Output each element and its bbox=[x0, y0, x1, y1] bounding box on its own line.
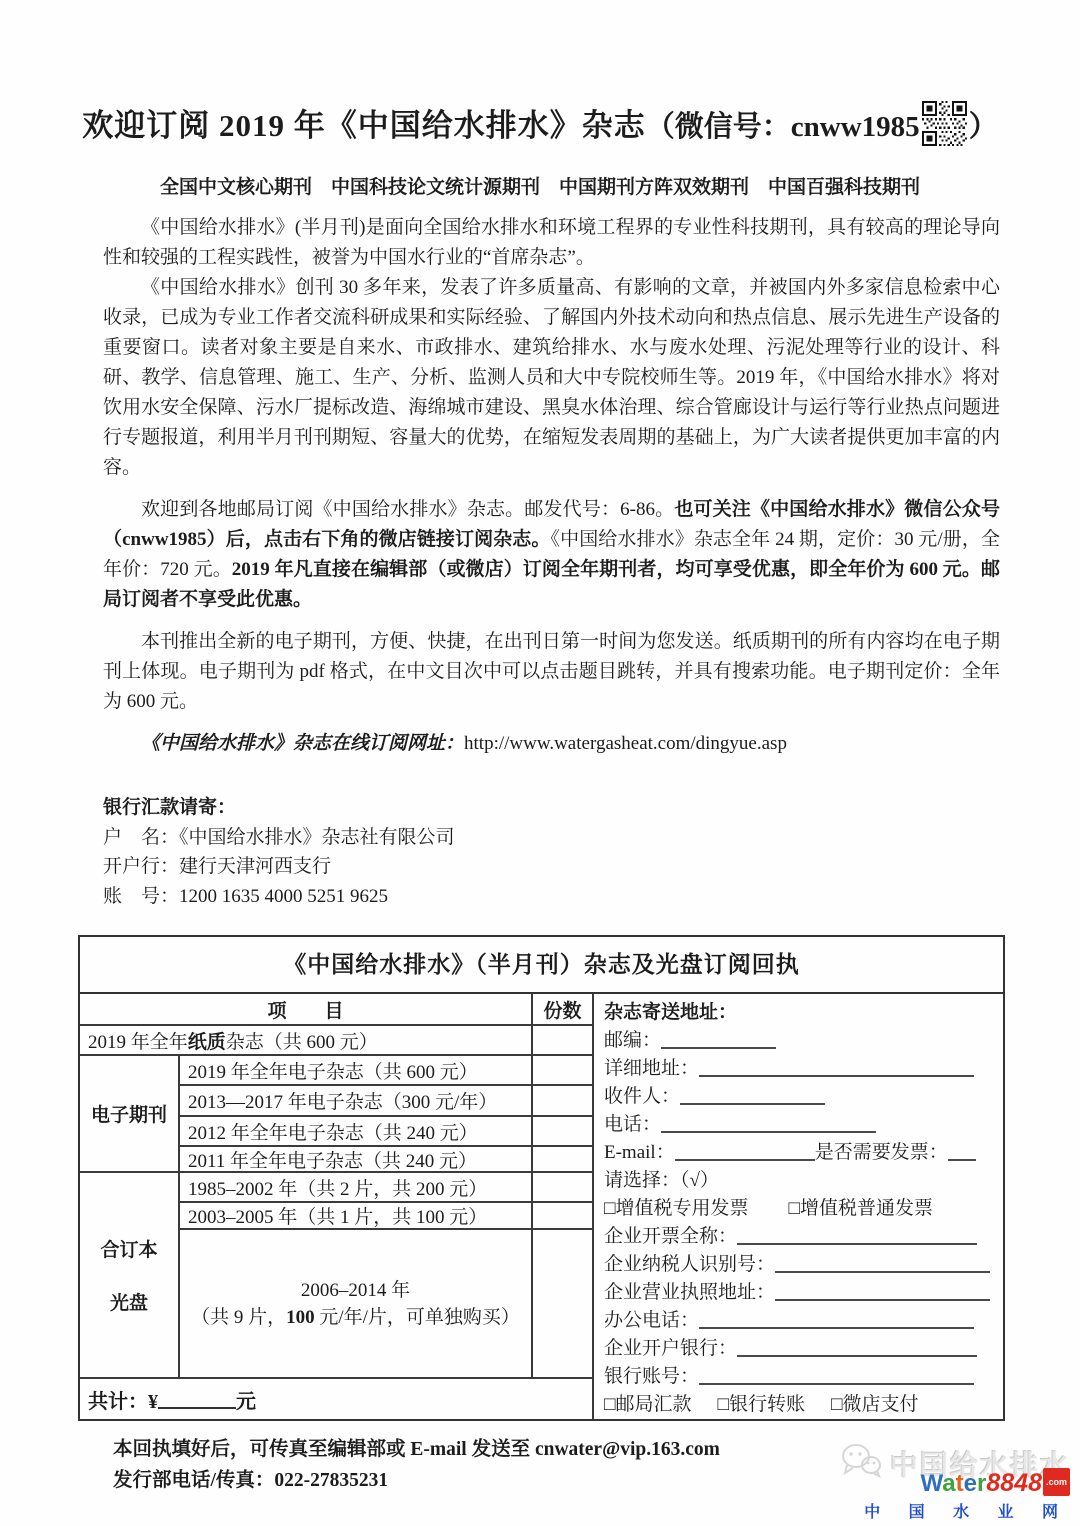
journal-honors-subtitle: 全国中文核心期刊 中国科技论文统计源期刊 中国期刊方阵双效期刊 中国百强科技期刊 bbox=[0, 172, 1080, 199]
paragraph-ejournal: 本刊推出全新的电子期刊，方便、快捷，在出刊日第一时间为您发送。纸质期刊的所有内容… bbox=[103, 627, 1000, 717]
pay-weshop-checkbox: □微店支付 bbox=[831, 1394, 918, 1415]
intro-text: 《中国给水排水》(半月刊)是面向全国给水排水和环境工程界的专业性科技期刊，具有较… bbox=[103, 213, 1000, 759]
column-header-item: 项 目 bbox=[80, 994, 531, 1024]
address-heading: 杂志寄送地址： bbox=[604, 999, 993, 1027]
total-row: 共计：¥元 bbox=[80, 1377, 592, 1419]
office-phone-field: 办公电话： bbox=[604, 1307, 993, 1335]
bank-account-number: 账 号：1200 1635 4000 5251 9625 bbox=[103, 882, 1000, 912]
choose-label: 请选择：（√） bbox=[604, 1167, 993, 1195]
form-title: 《中国给水排水》（半月刊）杂志及光盘订阅回执 bbox=[80, 937, 1003, 994]
copies-cell bbox=[531, 1201, 592, 1228]
title-main: 欢迎订阅 2019 年《中国给水排水》杂志 bbox=[82, 108, 646, 143]
qr-code-icon bbox=[922, 101, 967, 154]
paragraph-subscribe-info: 欢迎到各地邮局订阅《中国给水排水》杂志。邮发代号：6-86。也可关注《中国给水排… bbox=[103, 495, 1000, 615]
paragraph-about-journal: 《中国给水排水》(半月刊)是面向全国给水排水和环境工程界的专业性科技期刊，具有较… bbox=[103, 213, 1000, 273]
pay-bank-checkbox: □银行转账 bbox=[717, 1394, 804, 1415]
row-ejournal-2019: 2019 年全年电子杂志（共 600 元） bbox=[178, 1054, 531, 1084]
email-blank bbox=[675, 1143, 815, 1161]
phone-blank bbox=[661, 1115, 876, 1133]
subscription-form-table: 《中国给水排水》（半月刊）杂志及光盘订阅回执 项 目 份数 2019 年全年纸质… bbox=[78, 935, 1005, 1421]
row-disc-2006-2014: 2006–2014 年 （共 9 片，100 元/年/片，可单独购买） bbox=[178, 1228, 531, 1377]
bank-account-blank bbox=[699, 1367, 974, 1385]
recipient-field: 收件人： bbox=[604, 1083, 993, 1111]
license-address-blank bbox=[775, 1283, 990, 1301]
mailing-address-panel: 杂志寄送地址： 邮编： 详细地址： 收件人： 电话： E-mail：是否需要发票… bbox=[592, 994, 1003, 1419]
row-ejournal-2013-2017: 2013—2017 年电子杂志（300 元/年） bbox=[178, 1084, 531, 1115]
company-name-field: 企业开票全称： bbox=[604, 1223, 993, 1251]
zip-field: 邮编： bbox=[604, 1027, 993, 1055]
paragraph-history: 《中国给水排水》创刊 30 多年来，发表了许多质量高、有影响的文章，并被国内外多… bbox=[103, 273, 1000, 483]
row-paper-2019: 2019 年全年纸质杂志（共 600 元） bbox=[80, 1024, 531, 1054]
copies-cell bbox=[531, 1084, 592, 1115]
company-name-blank bbox=[737, 1227, 977, 1245]
detail-address-blank bbox=[699, 1059, 974, 1077]
bank-branch: 开户行：建行天津河西支行 bbox=[103, 852, 1000, 882]
title-wechat-id: （微信号：cnww1985 bbox=[646, 111, 920, 143]
tax-id-field: 企业纳税人识别号： bbox=[604, 1251, 993, 1279]
bank-account-field: 银行账号： bbox=[604, 1363, 993, 1391]
bank-account-name: 户 名：《中国给水排水》杂志社有限公司 bbox=[103, 823, 1000, 853]
invoice-special-checkbox: □增值税专用发票 bbox=[604, 1198, 748, 1219]
watermark: 中国给水排水 Water8848.com 中 国 水 业 网 bbox=[840, 1443, 1070, 1522]
paragraph-online-subscription: 《中国给水排水》杂志在线订阅网址：http://www.watergasheat… bbox=[103, 729, 1000, 759]
items-grid: 项 目 份数 2019 年全年纸质杂志（共 600 元） 电子期刊 2019 年… bbox=[80, 994, 592, 1419]
company-bank-blank bbox=[737, 1339, 977, 1357]
invoice-normal-checkbox: □增值税普通发票 bbox=[788, 1198, 932, 1219]
row-ejournal-2011: 2011 年全年电子杂志（共 240 元） bbox=[178, 1145, 531, 1171]
dotcom-badge: .com bbox=[1043, 1468, 1070, 1496]
bank-info: 银行汇款请寄： 户 名：《中国给水排水》杂志社有限公司 开户行：建行天津河西支行… bbox=[103, 793, 1000, 911]
wechat-icon bbox=[840, 1443, 882, 1484]
copies-cell bbox=[531, 1171, 592, 1201]
row-ejournal-2012: 2012 年全年电子杂志（共 240 元） bbox=[178, 1115, 531, 1145]
document-page: 欢迎订阅 2019 年《中国给水排水》杂志（微信号：cnww1985） 全国中文… bbox=[0, 0, 1080, 1526]
copies-cell bbox=[531, 1024, 592, 1054]
copies-cell bbox=[531, 1054, 592, 1084]
row-disc-1985-2002: 1985–2002 年（共 2 片，共 200 元） bbox=[178, 1171, 531, 1201]
invoice-type-row: □增值税专用发票□增值税普通发票 bbox=[604, 1195, 993, 1223]
page-title: 欢迎订阅 2019 年《中国给水排水》杂志（微信号：cnww1985） bbox=[0, 0, 1080, 154]
row-disc-2003-2005: 2003–2005 年（共 1 片，共 100 元） bbox=[178, 1201, 531, 1228]
group-label-bound-disc: 合订本 光盘 bbox=[80, 1171, 178, 1377]
bank-heading: 银行汇款请寄： bbox=[103, 793, 1000, 823]
invoice-needed-blank bbox=[948, 1143, 976, 1161]
online-subscription-label: 《中国给水排水》杂志在线订阅网址： bbox=[141, 733, 464, 754]
copies-cell bbox=[531, 1145, 592, 1171]
tax-id-blank bbox=[775, 1255, 990, 1273]
zip-blank bbox=[661, 1031, 776, 1049]
office-phone-blank bbox=[699, 1311, 974, 1329]
payment-method-row: □邮局汇款□银行转账□微店支付 bbox=[604, 1391, 993, 1419]
recipient-blank bbox=[680, 1087, 825, 1105]
china-water-site-text: 中 国 水 业 网 bbox=[840, 1499, 1070, 1522]
title-paren-close: ） bbox=[969, 111, 998, 143]
email-field: E-mail：是否需要发票： bbox=[604, 1139, 993, 1167]
pay-post-checkbox: □邮局汇款 bbox=[604, 1394, 691, 1415]
phone-field: 电话： bbox=[604, 1111, 993, 1139]
column-header-copies: 份数 bbox=[531, 994, 592, 1024]
company-bank-field: 企业开户银行： bbox=[604, 1335, 993, 1363]
total-amount-blank bbox=[158, 1389, 236, 1409]
subscription-url: http://www.watergasheat.com/dingyue.asp bbox=[464, 733, 787, 754]
group-label-ejournal: 电子期刊 bbox=[80, 1054, 178, 1171]
detail-address-field: 详细地址： bbox=[604, 1055, 993, 1083]
copies-cell bbox=[531, 1228, 592, 1377]
license-address-field: 企业营业执照地址： bbox=[604, 1279, 993, 1307]
copies-cell bbox=[531, 1115, 592, 1145]
